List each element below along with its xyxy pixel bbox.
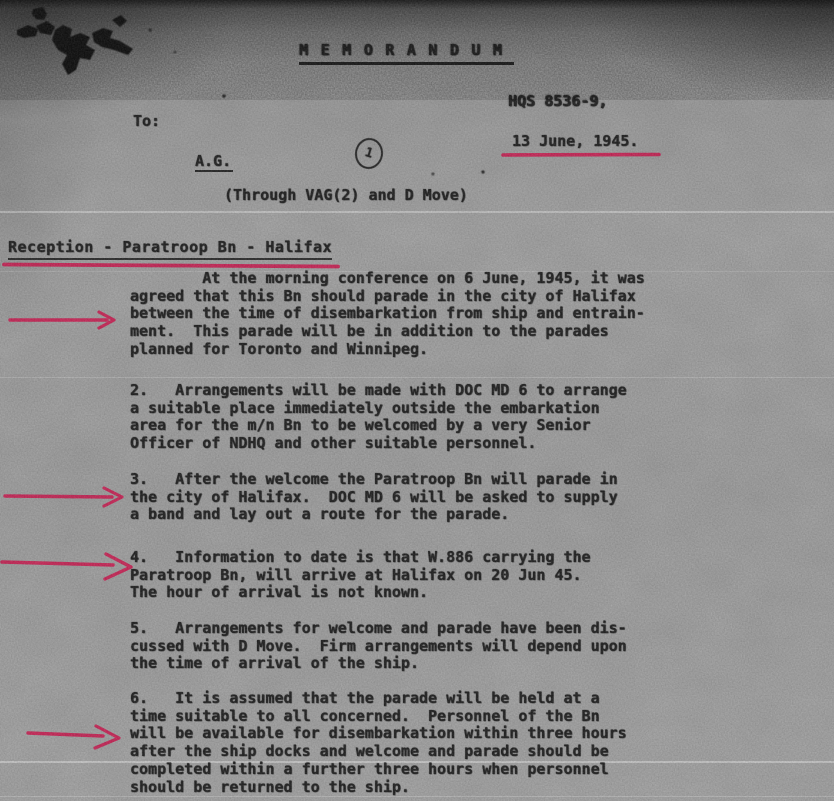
memo-paragraph-2: 2. Arrangements will be made with DOC MD… [130, 382, 690, 453]
annotation-arrow-3 [2, 554, 131, 579]
addressee: A.G. [195, 153, 233, 172]
annotation-arrow-4 [28, 726, 119, 748]
memo-date: 13 June, 1945. [512, 133, 638, 151]
scan-fold-line [0, 377, 834, 378]
memo-paragraph-4: 4. Information to date is that W.886 car… [130, 549, 690, 602]
page-number: 1 [363, 146, 374, 161]
page-number-circle: 1 [353, 136, 386, 171]
date-underline [503, 155, 659, 156]
file-reference: HQS 8536-9, [508, 93, 607, 111]
to-label: To: [133, 113, 160, 131]
annotation-arrow-1 [10, 312, 114, 328]
memo-document-scan: MEMORANDUM HQS 8536-9, To: 13 June, 1945… [0, 0, 834, 801]
memo-paragraph-3: 3. After the welcome the Paratroop Bn wi… [130, 471, 690, 524]
memo-paragraph-6: 6. It is assumed that the parade will be… [130, 690, 690, 796]
scan-fold-line [0, 211, 834, 213]
memo-paragraph-1: At the morning conference on 6 June, 194… [130, 270, 690, 359]
subject-heading: Reception - Paratroop Bn - Halifax [8, 239, 332, 260]
memo-paragraph-5: 5. Arrangements for welcome and parade h… [130, 620, 690, 673]
subject-underline [4, 265, 338, 267]
memo-title: MEMORANDUM [299, 42, 514, 65]
annotation-arrow-2 [5, 488, 122, 506]
routing-line: (Through VAG(2) and D Move) [224, 187, 468, 205]
